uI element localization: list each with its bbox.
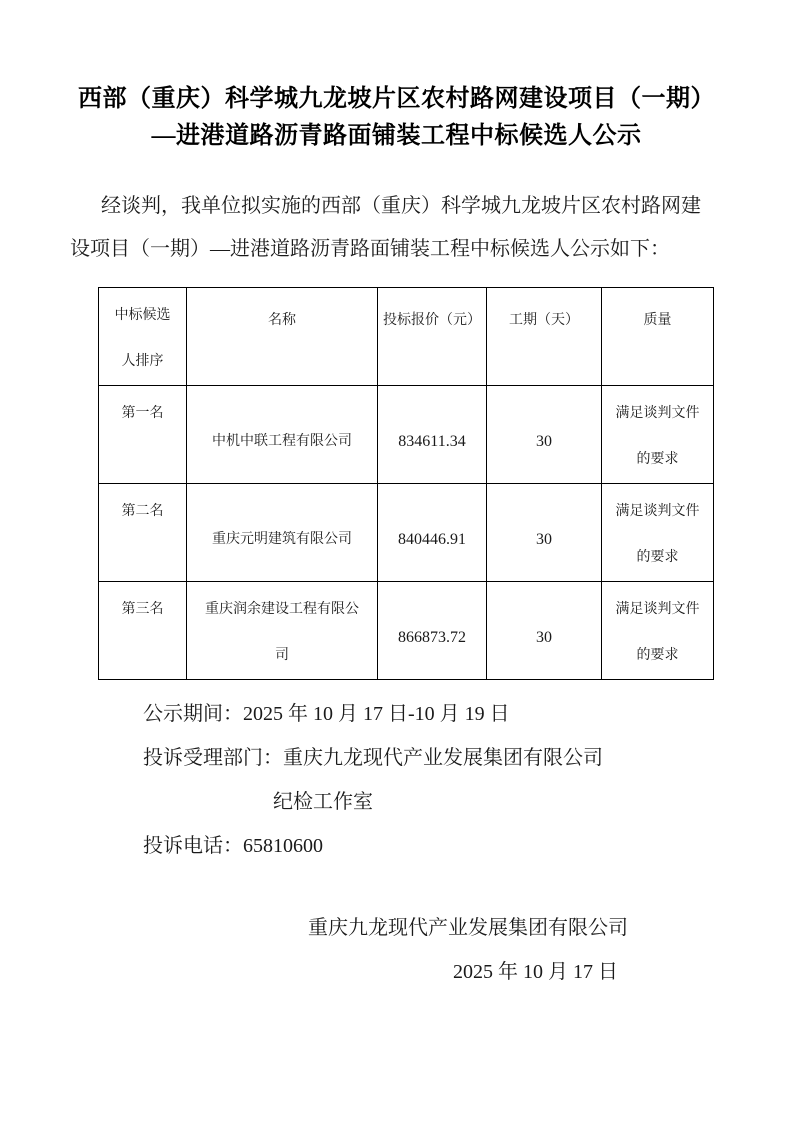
header-rank: 中标候选 人排序: [99, 288, 187, 386]
duration-value: 30: [487, 628, 601, 648]
price-value: 840446.91: [378, 530, 486, 550]
intro-paragraph: 经谈判，我单位拟实施的西部（重庆）科学城九龙坡片区农村路网建 设项目（一期）—进…: [70, 185, 793, 271]
quality-cell: 满足谈判文件 的要求: [602, 386, 714, 484]
company-name-cont: 司: [187, 633, 377, 679]
rank-cell: 第一名: [99, 386, 187, 484]
header-name: 名称: [187, 288, 378, 386]
rank-cell: 第二名: [99, 484, 187, 582]
signature-date: 2025 年 10 月 17 日: [453, 950, 793, 994]
intro-line2: 设项目（一期）—进港道路沥青路面铺装工程中标候选人公示如下：: [70, 228, 793, 271]
page-title-line2: —进港道路沥青路面铺装工程中标候选人公示: [0, 118, 793, 155]
quality-line2: 的要求: [602, 535, 713, 581]
signature-block: 重庆九龙现代产业发展集团有限公司 2025 年 10 月 17 日: [0, 906, 793, 994]
header-rank-line1: 中标候选: [99, 293, 186, 339]
quality-cell: 满足谈判文件 的要求: [602, 582, 714, 680]
bid-candidates-table: 中标候选 人排序 名称 投标报价（元） 工期（天） 质量 第一名: [98, 287, 714, 680]
rank-text: 第二名: [99, 500, 186, 524]
notice-footer: 公示期间：2025 年 10 月 17 日-10 月 19 日 投诉受理部门：重…: [143, 692, 793, 868]
intro-line1: 经谈判，我单位拟实施的西部（重庆）科学城九龙坡片区农村路网建: [70, 185, 793, 228]
page-title: 西部（重庆）科学城九龙坡片区农村路网建设项目（一期） —进港道路沥青路面铺装工程…: [0, 81, 793, 155]
complaint-department-line2: 纪检工作室: [273, 780, 793, 824]
company-cell: 重庆润余建设工程有限公 司: [187, 582, 378, 680]
duration-value: 30: [487, 432, 601, 452]
header-rank-line2: 人排序: [99, 339, 186, 385]
table-row-first: 第一名 中机中联工程有限公司 834611.34 30 满足谈判文件 的要求: [99, 386, 714, 484]
page-title-line1: 西部（重庆）科学城九龙坡片区农村路网建设项目（一期）: [0, 81, 793, 118]
header-name-text: 名称: [187, 302, 377, 340]
complaint-department: 投诉受理部门：重庆九龙现代产业发展集团有限公司: [143, 736, 793, 780]
header-price: 投标报价（元）: [378, 288, 487, 386]
duration-value: 30: [487, 530, 601, 550]
header-quality-text: 质量: [602, 302, 713, 340]
rank-text: 第三名: [99, 598, 186, 622]
document-page: 西部（重庆）科学城九龙坡片区农村路网建设项目（一期） —进港道路沥青路面铺装工程…: [0, 0, 793, 1122]
header-price-text: 投标报价（元）: [378, 302, 486, 340]
quality-line1: 满足谈判文件: [602, 391, 713, 437]
complaint-phone: 投诉电话：65810600: [143, 824, 793, 868]
document-content: 西部（重庆）科学城九龙坡片区农村路网建设项目（一期） —进港道路沥青路面铺装工程…: [0, 0, 793, 994]
duration-cell: 30: [487, 484, 602, 582]
rank-text: 第一名: [99, 402, 186, 426]
table-row-third: 第三名 重庆润余建设工程有限公 司 866873.72 30 满足谈判文件 的要…: [99, 582, 714, 680]
duration-cell: 30: [487, 386, 602, 484]
price-value: 834611.34: [378, 432, 486, 452]
header-quality: 质量: [602, 288, 714, 386]
table-row-second: 第二名 重庆元明建筑有限公司 840446.91 30 满足谈判文件 的要求: [99, 484, 714, 582]
company-name: 中机中联工程有限公司: [187, 432, 377, 452]
duration-cell: 30: [487, 582, 602, 680]
quality-line2: 的要求: [602, 633, 713, 679]
company-cell: 重庆元明建筑有限公司: [187, 484, 378, 582]
company-name: 重庆润余建设工程有限公: [187, 587, 377, 633]
quality-line1: 满足谈判文件: [602, 587, 713, 633]
price-cell: 834611.34: [378, 386, 487, 484]
publicity-period: 公示期间：2025 年 10 月 17 日-10 月 19 日: [143, 692, 793, 736]
header-duration-text: 工期（天）: [487, 302, 601, 340]
quality-cell: 满足谈判文件 的要求: [602, 484, 714, 582]
signature-company: 重庆九龙现代产业发展集团有限公司: [308, 906, 793, 950]
company-name: 重庆元明建筑有限公司: [187, 530, 377, 550]
quality-line1: 满足谈判文件: [602, 489, 713, 535]
price-cell: 866873.72: [378, 582, 487, 680]
header-duration: 工期（天）: [487, 288, 602, 386]
price-value: 866873.72: [378, 628, 486, 648]
quality-line2: 的要求: [602, 437, 713, 483]
company-cell: 中机中联工程有限公司: [187, 386, 378, 484]
rank-cell: 第三名: [99, 582, 187, 680]
price-cell: 840446.91: [378, 484, 487, 582]
table-header-row: 中标候选 人排序 名称 投标报价（元） 工期（天） 质量: [99, 288, 714, 386]
